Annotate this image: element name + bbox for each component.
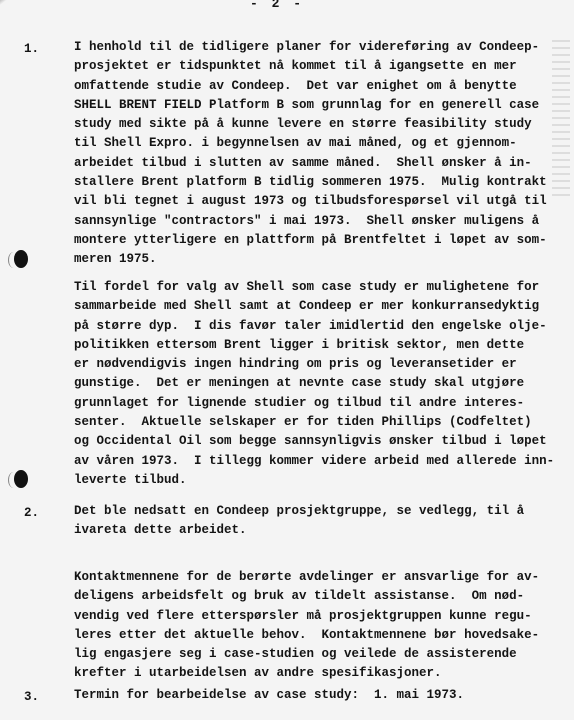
- punch-hole-top: [14, 250, 28, 268]
- page-number: - 2 -: [250, 0, 304, 11]
- section-number-1: 1.: [24, 42, 39, 56]
- folded-corner: [0, 0, 34, 34]
- section-1-paragraph-1: I henhold til de tidligere planer for vi…: [74, 38, 544, 270]
- section-3-paragraph-1: Termin for bearbeidelse av case study: 1…: [74, 686, 544, 705]
- section-1-paragraph-2: Til fordel for valg av Shell som case st…: [74, 278, 544, 490]
- punch-hole-bottom: [14, 470, 28, 488]
- section-number-2: 2.: [24, 506, 39, 520]
- section-number-3: 3.: [24, 690, 39, 704]
- section-2-paragraph-2: Kontaktmennene for de berørte avdelinger…: [74, 568, 544, 684]
- section-2-paragraph-1: Det ble nedsatt en Condeep prosjektgrupp…: [74, 502, 544, 541]
- bleed-through-handwriting: [552, 40, 570, 200]
